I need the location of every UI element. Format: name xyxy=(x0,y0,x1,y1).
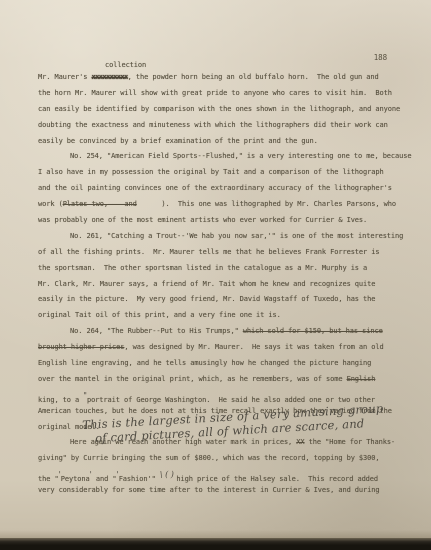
typed-text: of all the fishing prints. Mr. Maurer te… xyxy=(38,248,380,256)
manuscript-page: 188 collection Mr. Maurer's xxxxxxxxxx, … xyxy=(0,0,431,550)
typed-text: was probably one of the most eminent art… xyxy=(38,216,367,224)
typed-text: very considerably for some time after to… xyxy=(38,486,380,494)
struck-text: Plates two,————and xyxy=(63,200,137,208)
typed-text: over the mantel in the original print, w… xyxy=(38,375,347,383)
typed-line: I also have in my possession the origina… xyxy=(38,165,410,181)
typed-line: and the oil painting convinces one of th… xyxy=(38,181,410,197)
typed-text: Fashion'" xyxy=(119,475,160,483)
typed-text: easily in the picture. My very good frie… xyxy=(38,295,375,303)
struck-text: brought higher prices xyxy=(38,343,124,351)
typed-text: the horn Mr. Maurer will show with great… xyxy=(38,89,392,97)
typed-text: I also have in my possession the origina… xyxy=(38,168,384,176)
struck-text: xxxxxxxxxx xyxy=(92,73,128,81)
struck-text: which sold for $150, but has since xyxy=(243,327,383,335)
typed-text: the "Home for Thanks- xyxy=(305,438,396,446)
paragraph: Mr. Maurer's xxxxxxxxxx, the powder horn… xyxy=(38,70,410,149)
typed-line: the sportsman. The other sportsman liste… xyxy=(38,261,410,277)
typed-text: the " xyxy=(38,475,59,483)
typed-text: No. 254, "American Field Sports--Flushed… xyxy=(70,152,412,160)
typed-line: Mr. Maurer's xxxxxxxxxx, the powder horn… xyxy=(38,70,410,86)
paragraph: No. 254, "American Field Sports--Flushed… xyxy=(38,149,410,228)
typed-text: Peytona xyxy=(61,475,90,483)
typed-text: the sportsman. The other sportsman liste… xyxy=(38,264,367,272)
typed-line: original Tait oil of this print, and a v… xyxy=(38,308,410,324)
typed-text: Mr. Maurer's xyxy=(38,73,92,81)
typed-text: doubting the exactness and minuteness wi… xyxy=(38,121,388,129)
typed-text: high price of the Halsey sale. This reco… xyxy=(176,475,378,483)
typed-line: easily be convinced by a brief examinati… xyxy=(38,134,410,150)
typed-text: English line engraving, and he tells amu… xyxy=(38,359,371,367)
typed-line: giving" by Currie bringing the sum of $8… xyxy=(38,451,410,467)
typed-text: ). This one was lithographed by Mr. Char… xyxy=(137,200,396,208)
typed-line: easily in the picture. My very good frie… xyxy=(38,292,410,308)
typed-line: very considerably for some time after to… xyxy=(38,483,410,499)
typed-text: king, to a xyxy=(38,396,83,404)
typed-line: doubting the exactness and minuteness wi… xyxy=(38,118,410,134)
inserted-correction-word: collection xyxy=(38,58,410,70)
struck-text: English xyxy=(347,375,376,383)
typed-line: No. 254, "American Field Sports--Flushed… xyxy=(38,149,410,165)
typed-line: the horn Mr. Maurer will show with great… xyxy=(38,86,410,102)
typed-line: the "'Peytona' and "'Fashion'" \ ( ) hig… xyxy=(38,467,410,483)
typed-line: can easily be identified by comparison w… xyxy=(38,102,410,118)
typed-line: work (Plates two,————and ). This one was… xyxy=(38,197,410,213)
typed-line: No. 264, "The Rubber--Put to His Trumps,… xyxy=(38,324,410,340)
typed-text: portrait of George Washington. He said h… xyxy=(87,396,375,404)
scan-edge-shadow xyxy=(0,538,431,550)
struck-text: XX xyxy=(296,438,304,446)
typed-line: English line engraving, and he tells amu… xyxy=(38,356,410,372)
typed-text: , the powder horn being an old buffalo h… xyxy=(128,73,379,81)
typed-line: of all the fishing prints. Mr. Maurer te… xyxy=(38,245,410,261)
paragraph: No. 261, "Catching a Trout--'We hab you … xyxy=(38,229,410,324)
typed-text: work ( xyxy=(38,200,63,208)
typed-line: king, to a "portrait of George Washingto… xyxy=(38,388,410,404)
typed-text: Mr. Clark, Mr. Maurer says, a friend of … xyxy=(38,280,375,288)
typed-text: and " xyxy=(92,475,117,483)
typed-text: and the oil painting convinces one of th… xyxy=(38,184,392,192)
typed-line: Mr. Clark, Mr. Maurer says, a friend of … xyxy=(38,277,410,293)
typed-text: easily be convinced by a brief examinati… xyxy=(38,137,318,145)
typed-text: original Tait oil of this print, and a v… xyxy=(38,311,281,319)
typed-text: , was designed by Mr. Maurer. He says it… xyxy=(124,343,383,351)
typed-line: brought higher prices, was designed by M… xyxy=(38,340,410,356)
typed-line: over the mantel in the original print, w… xyxy=(38,372,410,388)
typed-line: No. 261, "Catching a Trout--'We hab you … xyxy=(38,229,410,245)
handwritten-mark: \ ( ) xyxy=(160,470,177,479)
typed-text: giving" by Currie bringing the sum of $8… xyxy=(38,454,380,462)
typed-line: was probably one of the most eminent art… xyxy=(38,213,410,229)
typed-text: No. 261, "Catching a Trout--'We hab you … xyxy=(70,232,403,240)
typed-text: can easily be identified by comparison w… xyxy=(38,105,400,113)
typed-text: No. 264, "The Rubber--Put to His Trumps,… xyxy=(70,327,243,335)
